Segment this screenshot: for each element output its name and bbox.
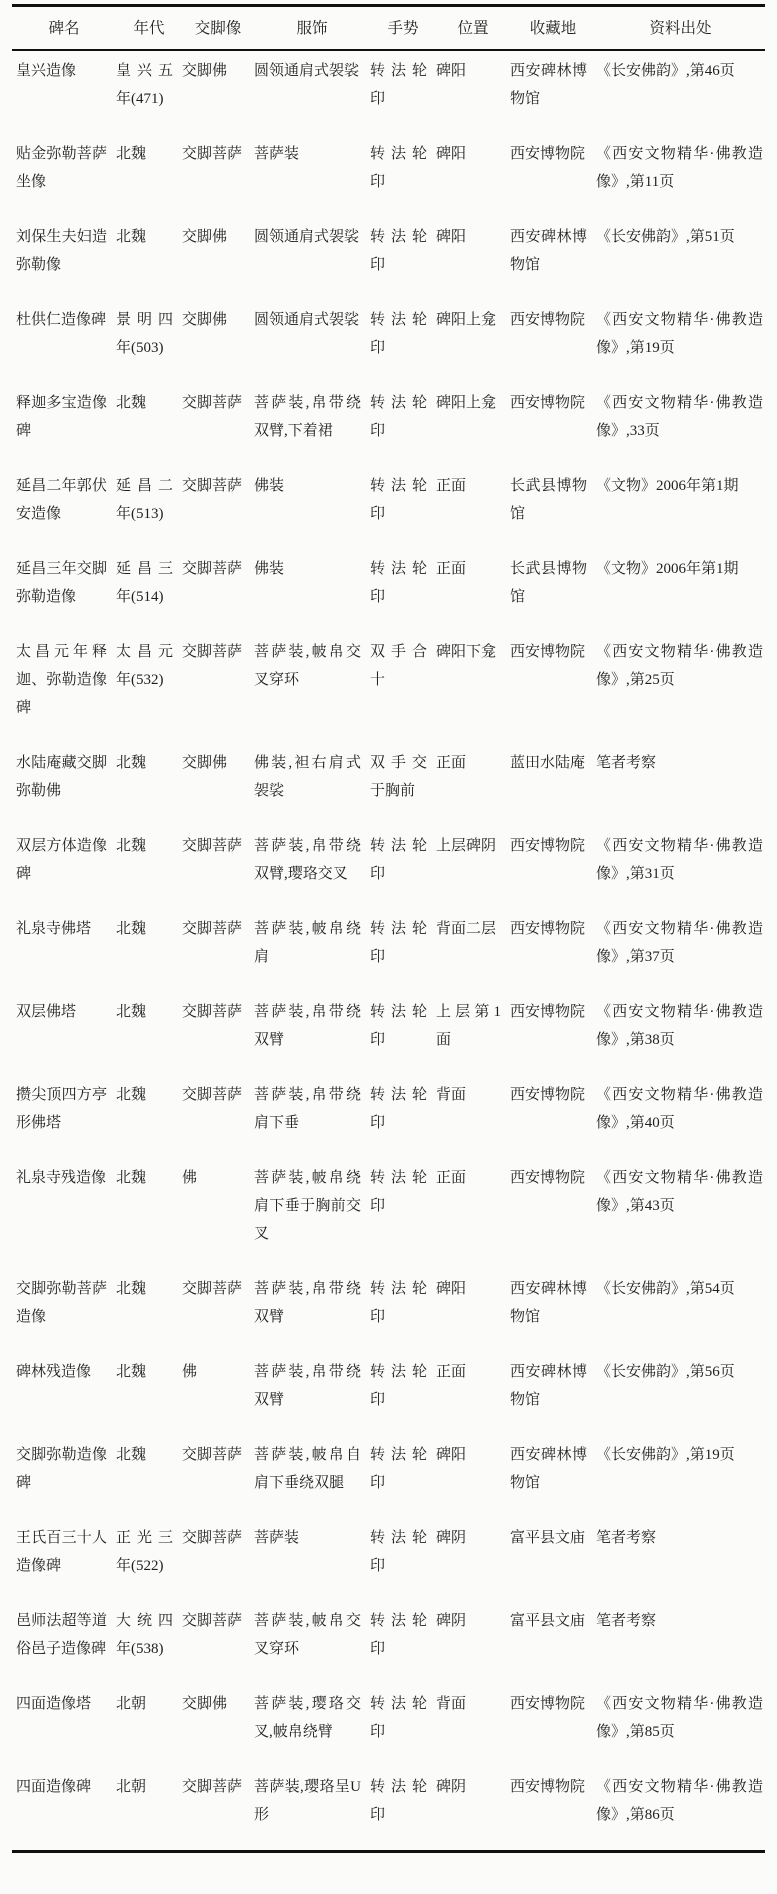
table-cell: 圆领通肩式袈裟 (254, 217, 370, 300)
table-cell: 交脚弥勒菩萨造像 (12, 1269, 116, 1352)
table-cell: 刘保生夫妇造弥勒像 (12, 217, 116, 300)
table-cell: 双手合十 (370, 632, 436, 743)
table-cell: 菩萨装,帔帛交叉穿环 (254, 632, 370, 743)
table-row: 延昌二年郭伏安造像延昌二年(513)交脚菩萨佛装转法轮印正面长武县博物馆《文物》… (12, 466, 765, 549)
table-cell: 转法轮印 (370, 909, 436, 992)
table-cell: 杜供仁造像碑 (12, 300, 116, 383)
table-cell: 碑阳 (436, 134, 510, 217)
table-cell: 佛 (182, 1352, 254, 1435)
table-cell: 菩萨装,帛带绕肩下垂 (254, 1075, 370, 1158)
table-cell: 交脚菩萨 (182, 1767, 254, 1852)
table-cell: 菩萨装,帔帛自肩下垂绕双腿 (254, 1435, 370, 1518)
table-header: 碑名年代交脚像服饰手势位置收藏地资料出处 (12, 6, 765, 50)
table-cell: 圆领通肩式袈裟 (254, 300, 370, 383)
table-cell: 交脚弥勒造像碑 (12, 1435, 116, 1518)
table-cell: 转法轮印 (370, 466, 436, 549)
table-cell: 景明四年(503) (116, 300, 182, 383)
table-cell: 《长安佛韵》,第56页 (596, 1352, 765, 1435)
table-row: 水陆庵藏交脚弥勒佛北魏交脚佛佛装,袒右肩式袈裟双手交于胸前正面蓝田水陆庵笔者考察 (12, 743, 765, 826)
table-cell: 太昌元年释迦、弥勒造像碑 (12, 632, 116, 743)
table-row: 双层方体造像碑北魏交脚菩萨菩萨装,帛带绕双臂,璎珞交叉转法轮印上层碑阴西安博物院… (12, 826, 765, 909)
table-cell: 双手交于胸前 (370, 743, 436, 826)
column-header: 年代 (116, 6, 182, 50)
table-row: 刘保生夫妇造弥勒像北魏交脚佛圆领通肩式袈裟转法轮印碑阳西安碑林博物馆《长安佛韵》… (12, 217, 765, 300)
table-cell: 《西安文物精华·佛教造像》,第25页 (596, 632, 765, 743)
table-cell: 西安博物院 (510, 1684, 596, 1767)
table-cell: 《西安文物精华·佛教造像》,第19页 (596, 300, 765, 383)
table-cell: 交脚菩萨 (182, 1269, 254, 1352)
column-header: 收藏地 (510, 6, 596, 50)
table-cell: 《西安文物精华·佛教造像》,第31页 (596, 826, 765, 909)
table-cell: 交脚菩萨 (182, 1518, 254, 1601)
table-body: 皇兴造像皇兴五年(471)交脚佛圆领通肩式袈裟转法轮印碑阳西安碑林博物馆《长安佛… (12, 50, 765, 1852)
table-cell: 蓝田水陆庵 (510, 743, 596, 826)
table-cell: 延昌三年交脚弥勒造像 (12, 549, 116, 632)
table-row: 贴金弥勒菩萨坐像北魏交脚菩萨菩萨装转法轮印碑阳西安博物院《西安文物精华·佛教造像… (12, 134, 765, 217)
table-cell: 北魏 (116, 1352, 182, 1435)
table-cell: 菩萨装,帔帛绕肩 (254, 909, 370, 992)
table-cell: 交脚菩萨 (182, 1601, 254, 1684)
table-cell: 背面 (436, 1075, 510, 1158)
table-cell: 四面造像塔 (12, 1684, 116, 1767)
table-row: 四面造像塔北朝交脚佛菩萨装,璎珞交叉,帔帛绕臂转法轮印背面西安博物院《西安文物精… (12, 1684, 765, 1767)
table-cell: 碑阳上龛 (436, 383, 510, 466)
table-cell: 《西安文物精华·佛教造像》,第11页 (596, 134, 765, 217)
table-cell: 正光三年(522) (116, 1518, 182, 1601)
table-cell: 转法轮印 (370, 1601, 436, 1684)
table-cell: 碑阳 (436, 50, 510, 134)
table-cell: 《长安佛韵》,第54页 (596, 1269, 765, 1352)
table-row: 太昌元年释迦、弥勒造像碑太昌元年(532)交脚菩萨菩萨装,帔帛交叉穿环双手合十碑… (12, 632, 765, 743)
table-cell: 《文物》2006年第1期 (596, 466, 765, 549)
table-cell: 西安碑林博物馆 (510, 217, 596, 300)
column-header: 位置 (436, 6, 510, 50)
table-cell: 西安博物院 (510, 134, 596, 217)
table-row: 释迦多宝造像碑北魏交脚菩萨菩萨装,帛带绕双臂,下着裙转法轮印碑阳上龛西安博物院《… (12, 383, 765, 466)
table-cell: 皇兴造像 (12, 50, 116, 134)
table-cell: 交脚菩萨 (182, 826, 254, 909)
table-cell: 西安碑林博物馆 (510, 50, 596, 134)
table-cell: 《长安佛韵》,第46页 (596, 50, 765, 134)
table-cell: 《文物》2006年第1期 (596, 549, 765, 632)
table-cell: 富平县文庙 (510, 1518, 596, 1601)
table-cell: 水陆庵藏交脚弥勒佛 (12, 743, 116, 826)
table-cell: 佛装,袒右肩式袈裟 (254, 743, 370, 826)
table-row: 延昌三年交脚弥勒造像延昌三年(514)交脚菩萨佛装转法轮印正面长武县博物馆《文物… (12, 549, 765, 632)
table-cell: 圆领通肩式袈裟 (254, 50, 370, 134)
table-cell: 交脚菩萨 (182, 549, 254, 632)
table-cell: 北魏 (116, 1075, 182, 1158)
table-cell: 《西安文物精华·佛教造像》,第38页 (596, 992, 765, 1075)
table-cell: 菩萨装,帔帛交叉穿环 (254, 1601, 370, 1684)
table-cell: 双层佛塔 (12, 992, 116, 1075)
table-cell: 四面造像碑 (12, 1767, 116, 1852)
table-cell: 长武县博物馆 (510, 549, 596, 632)
table-cell: 转法轮印 (370, 549, 436, 632)
table-cell: 礼泉寺佛塔 (12, 909, 116, 992)
table-cell: 交脚佛 (182, 50, 254, 134)
table-cell: 《长安佛韵》,第19页 (596, 1435, 765, 1518)
table-cell: 富平县文庙 (510, 1601, 596, 1684)
table-row: 邑师法超等道俗邑子造像碑大统四年(538)交脚菩萨菩萨装,帔帛交叉穿环转法轮印碑… (12, 1601, 765, 1684)
table-cell: 菩萨装,帛带绕双臂,璎珞交叉 (254, 826, 370, 909)
table-cell: 菩萨装,帛带绕双臂 (254, 1352, 370, 1435)
table-cell: 交脚菩萨 (182, 1075, 254, 1158)
table-cell: 交脚佛 (182, 300, 254, 383)
table-cell: 转法轮印 (370, 300, 436, 383)
table-cell: 释迦多宝造像碑 (12, 383, 116, 466)
table-cell: 《西安文物精华·佛教造像》,第37页 (596, 909, 765, 992)
table-cell: 北魏 (116, 1435, 182, 1518)
header-row: 碑名年代交脚像服饰手势位置收藏地资料出处 (12, 6, 765, 50)
table-row: 礼泉寺佛塔北魏交脚菩萨菩萨装,帔帛绕肩转法轮印背面二层西安博物院《西安文物精华·… (12, 909, 765, 992)
table-cell: 碑阳下龛 (436, 632, 510, 743)
table-cell: 碑阳 (436, 217, 510, 300)
table-cell: 佛装 (254, 549, 370, 632)
table-cell: 西安碑林博物馆 (510, 1435, 596, 1518)
table-cell: 交脚菩萨 (182, 909, 254, 992)
table-cell: 碑阴 (436, 1518, 510, 1601)
table-cell: 转法轮印 (370, 1767, 436, 1852)
table-cell: 北魏 (116, 1158, 182, 1269)
table-cell: 转法轮印 (370, 383, 436, 466)
column-header: 手势 (370, 6, 436, 50)
table-row: 交脚弥勒造像碑北魏交脚菩萨菩萨装,帔帛自肩下垂绕双腿转法轮印碑阳西安碑林博物馆《… (12, 1435, 765, 1518)
table-cell: 菩萨装,璎珞交叉,帔帛绕臂 (254, 1684, 370, 1767)
page: 碑名年代交脚像服饰手势位置收藏地资料出处 皇兴造像皇兴五年(471)交脚佛圆领通… (0, 0, 777, 1894)
table-cell: 碑阳上龛 (436, 300, 510, 383)
table-cell: 正面 (436, 1352, 510, 1435)
table-cell: 转法轮印 (370, 992, 436, 1075)
table-cell: 交脚佛 (182, 217, 254, 300)
table-row: 交脚弥勒菩萨造像北魏交脚菩萨菩萨装,帛带绕双臂转法轮印碑阳西安碑林博物馆《长安佛… (12, 1269, 765, 1352)
table-cell: 佛 (182, 1158, 254, 1269)
table-cell: 菩萨装,帛带绕双臂 (254, 992, 370, 1075)
table-cell: 《西安文物精华·佛教造像》,33页 (596, 383, 765, 466)
column-header: 资料出处 (596, 6, 765, 50)
table-cell: 碑阴 (436, 1767, 510, 1852)
table-cell: 碑阳 (436, 1435, 510, 1518)
table-cell: 《西安文物精华·佛教造像》,第86页 (596, 1767, 765, 1852)
table-cell: 转法轮印 (370, 134, 436, 217)
table-cell: 西安博物院 (510, 992, 596, 1075)
table-cell: 转法轮印 (370, 1269, 436, 1352)
artifact-table: 碑名年代交脚像服饰手势位置收藏地资料出处 皇兴造像皇兴五年(471)交脚佛圆领通… (12, 4, 765, 1853)
table-cell: 西安博物院 (510, 909, 596, 992)
table-cell: 笔者考察 (596, 1518, 765, 1601)
table-cell: 交脚菩萨 (182, 466, 254, 549)
table-cell: 《西安文物精华·佛教造像》,第40页 (596, 1075, 765, 1158)
table-cell: 大统四年(538) (116, 1601, 182, 1684)
table-cell: 转法轮印 (370, 826, 436, 909)
table-cell: 菩萨装 (254, 134, 370, 217)
column-header: 交脚像 (182, 6, 254, 50)
table-row: 礼泉寺残造像北魏佛菩萨装,帔帛绕肩下垂于胸前交叉转法轮印正面西安博物院《西安文物… (12, 1158, 765, 1269)
table-cell: 北朝 (116, 1684, 182, 1767)
table-cell: 北魏 (116, 383, 182, 466)
table-cell: 双层方体造像碑 (12, 826, 116, 909)
table-cell: 西安博物院 (510, 300, 596, 383)
table-cell: 背面 (436, 1684, 510, 1767)
table-cell: 笔者考察 (596, 1601, 765, 1684)
table-cell: 延昌二年郭伏安造像 (12, 466, 116, 549)
table-cell: 北魏 (116, 909, 182, 992)
table-cell: 西安碑林博物馆 (510, 1269, 596, 1352)
table-cell: 《长安佛韵》,第51页 (596, 217, 765, 300)
table-cell: 转法轮印 (370, 1158, 436, 1269)
table-cell: 交脚佛 (182, 1684, 254, 1767)
table-cell: 延昌二年(513) (116, 466, 182, 549)
table-cell: 转法轮印 (370, 50, 436, 134)
table-cell: 正面 (436, 1158, 510, 1269)
table-cell: 碑林残造像 (12, 1352, 116, 1435)
table-cell: 碑阳 (436, 1269, 510, 1352)
table-cell: 西安博物院 (510, 1158, 596, 1269)
table-cell: 延昌三年(514) (116, 549, 182, 632)
table-cell: 转法轮印 (370, 1075, 436, 1158)
table-cell: 《西安文物精华·佛教造像》,第43页 (596, 1158, 765, 1269)
table-cell: 北魏 (116, 217, 182, 300)
table-cell: 笔者考察 (596, 743, 765, 826)
table-cell: 交脚菩萨 (182, 992, 254, 1075)
table-cell: 碑阴 (436, 1601, 510, 1684)
table-cell: 北魏 (116, 992, 182, 1075)
column-header: 碑名 (12, 6, 116, 50)
table-cell: 转法轮印 (370, 217, 436, 300)
table-cell: 王氏百三十人造像碑 (12, 1518, 116, 1601)
table-cell: 上层第1面 (436, 992, 510, 1075)
table-cell: 菩萨装,帛带绕双臂,下着裙 (254, 383, 370, 466)
column-header: 服饰 (254, 6, 370, 50)
table-row: 王氏百三十人造像碑正光三年(522)交脚菩萨菩萨装转法轮印碑阴富平县文庙笔者考察 (12, 1518, 765, 1601)
table-row: 杜供仁造像碑景明四年(503)交脚佛圆领通肩式袈裟转法轮印碑阳上龛西安博物院《西… (12, 300, 765, 383)
table-cell: 邑师法超等道俗邑子造像碑 (12, 1601, 116, 1684)
table-cell: 转法轮印 (370, 1518, 436, 1601)
table-cell: 西安博物院 (510, 632, 596, 743)
table-cell: 正面 (436, 743, 510, 826)
table-cell: 礼泉寺残造像 (12, 1158, 116, 1269)
table-cell: 佛装 (254, 466, 370, 549)
table-cell: 北魏 (116, 826, 182, 909)
table-row: 双层佛塔北魏交脚菩萨菩萨装,帛带绕双臂转法轮印上层第1面西安博物院《西安文物精华… (12, 992, 765, 1075)
table-cell: 攒尖顶四方亭形佛塔 (12, 1075, 116, 1158)
table-cell: 长武县博物馆 (510, 466, 596, 549)
table-cell: 背面二层 (436, 909, 510, 992)
table-cell: 北朝 (116, 1767, 182, 1852)
table-cell: 交脚佛 (182, 743, 254, 826)
table-cell: 菩萨装 (254, 1518, 370, 1601)
table-cell: 西安博物院 (510, 826, 596, 909)
table-cell: 西安博物院 (510, 1075, 596, 1158)
table-row: 攒尖顶四方亭形佛塔北魏交脚菩萨菩萨装,帛带绕肩下垂转法轮印背面西安博物院《西安文… (12, 1075, 765, 1158)
table-cell: 菩萨装,璎珞呈U形 (254, 1767, 370, 1852)
table-cell: 西安博物院 (510, 1767, 596, 1852)
table-cell: 交脚菩萨 (182, 1435, 254, 1518)
table-row: 碑林残造像北魏佛菩萨装,帛带绕双臂转法轮印正面西安碑林博物馆《长安佛韵》,第56… (12, 1352, 765, 1435)
table-cell: 西安碑林博物馆 (510, 1352, 596, 1435)
table-cell: 北魏 (116, 1269, 182, 1352)
table-cell: 皇兴五年(471) (116, 50, 182, 134)
table-cell: 北魏 (116, 134, 182, 217)
table-cell: 菩萨装,帔帛绕肩下垂于胸前交叉 (254, 1158, 370, 1269)
table-cell: 北魏 (116, 743, 182, 826)
table-cell: 转法轮印 (370, 1435, 436, 1518)
table-cell: 《西安文物精华·佛教造像》,第85页 (596, 1684, 765, 1767)
table-cell: 太昌元年(532) (116, 632, 182, 743)
table-cell: 上层碑阴 (436, 826, 510, 909)
table-cell: 菩萨装,帛带绕双臂 (254, 1269, 370, 1352)
table-cell: 交脚菩萨 (182, 134, 254, 217)
table-cell: 正面 (436, 549, 510, 632)
table-cell: 转法轮印 (370, 1684, 436, 1767)
table-row: 皇兴造像皇兴五年(471)交脚佛圆领通肩式袈裟转法轮印碑阳西安碑林博物馆《长安佛… (12, 50, 765, 134)
table-cell: 交脚菩萨 (182, 632, 254, 743)
table-cell: 交脚菩萨 (182, 383, 254, 466)
table-cell: 转法轮印 (370, 1352, 436, 1435)
table-row: 四面造像碑北朝交脚菩萨菩萨装,璎珞呈U形转法轮印碑阴西安博物院《西安文物精华·佛… (12, 1767, 765, 1852)
table-cell: 西安博物院 (510, 383, 596, 466)
table-cell: 贴金弥勒菩萨坐像 (12, 134, 116, 217)
table-cell: 正面 (436, 466, 510, 549)
